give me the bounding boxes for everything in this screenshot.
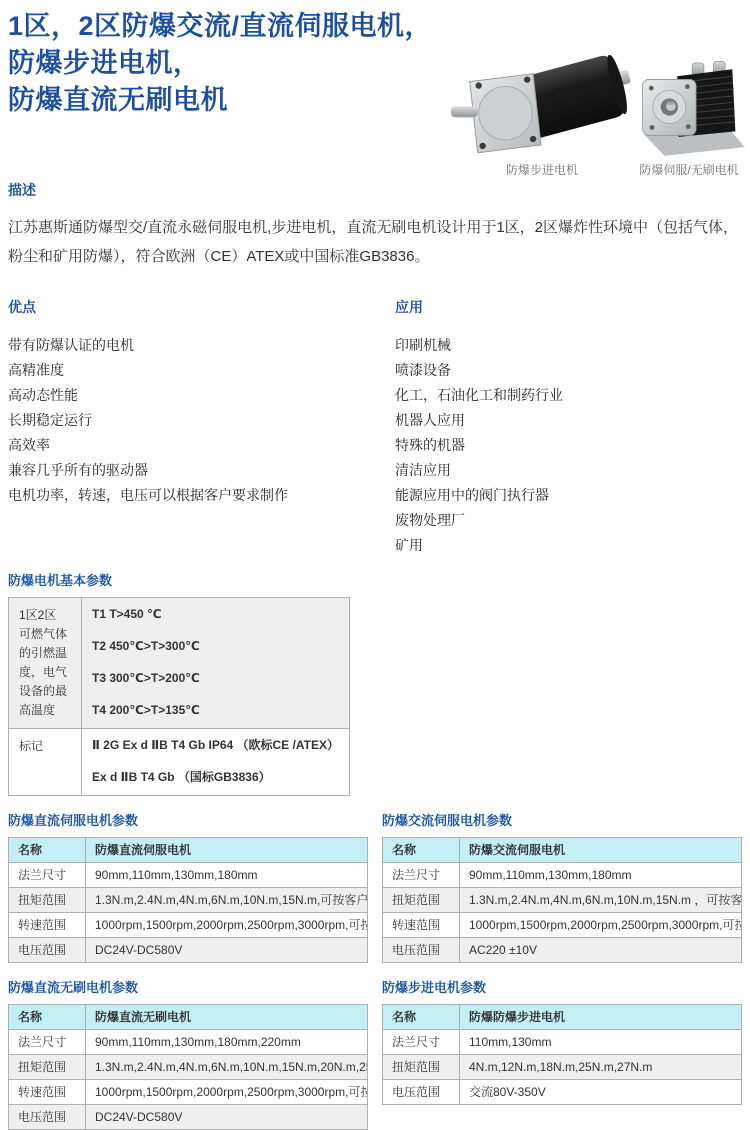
- basic-params-caption: 防爆电机基本参数: [8, 570, 742, 589]
- row-label: 转速范围: [9, 913, 86, 938]
- row-label: 法兰尺寸: [383, 863, 460, 888]
- advantage-item: 带有防爆认证的电机: [8, 333, 395, 358]
- page-header: 1区，2区防爆交流/直流伺服电机， 防爆步进电机， 防爆直流无刷电机: [0, 0, 750, 172]
- row-value: 90mm,110mm,130mm,180mm: [86, 863, 368, 888]
- row-value: 1000rpm,1500rpm,2000rpm,2500rpm,3000rpm,…: [460, 913, 742, 938]
- row-label: 法兰尺寸: [383, 1030, 460, 1055]
- applications-column: 应用 印刷机械 喷漆设备 化工，石油化工和制药行业 机器人应用 特殊的机器 清洁…: [395, 297, 742, 558]
- description-heading: 描述: [8, 180, 742, 200]
- product-page: 1区，2区防爆交流/直流伺服电机， 防爆步进电机， 防爆直流无刷电机: [0, 0, 750, 1130]
- row-label: 名称: [383, 838, 460, 863]
- row-label: 法兰尺寸: [9, 1030, 86, 1055]
- row-label: 转速范围: [383, 913, 460, 938]
- row-value: 1000rpm,1500rpm,2000rpm,2500rpm,3000rpm,…: [86, 1080, 368, 1105]
- row-value: DC24V-DC580V: [86, 1105, 368, 1130]
- table-row: 1区2区 可燃气体 的引燃温 度，电气 设备的最 高温度 T1 T>450 ℃ …: [9, 598, 350, 729]
- stepper-params-section: 防爆步进电机参数 名称 防爆防爆步进电机 法兰尺寸 110mm,130mm 扭矩…: [382, 977, 742, 1130]
- row-label: 法兰尺寸: [9, 863, 86, 888]
- ac-servo-params-section: 防爆交流伺服电机参数 名称 防爆交流伺服电机 法兰尺寸 90mm,110mm,1…: [382, 810, 742, 963]
- row-value: 防爆直流伺服电机: [86, 838, 368, 863]
- table-row: 扭矩范围 1.3N.m,2.4N.m,4N.m,6N.m,10N.m,15N.m…: [383, 888, 742, 913]
- table-row: 扭矩范围 1.3N.m,2.4N.m,4N.m,6N.m,10N.m,15N.m…: [9, 1055, 368, 1080]
- ac-servo-params-table: 名称 防爆交流伺服电机 法兰尺寸 90mm,110mm,130mm,180mm …: [382, 837, 742, 963]
- basic-params-section: 防爆电机基本参数 1区2区 可燃气体 的引燃温 度，电气 设备的最 高温度 T1…: [0, 570, 750, 796]
- temp-class-value: T1 T>450 ℃: [92, 606, 339, 622]
- dc-brushless-params-caption: 防爆直流无刷电机参数: [8, 977, 368, 996]
- brushless-stepper-tables-row: 防爆直流无刷电机参数 名称 防爆直流无刷电机 法兰尺寸 90mm,110mm,1…: [0, 977, 750, 1130]
- table-row: 法兰尺寸 90mm,110mm,130mm,180mm: [9, 863, 368, 888]
- row-value: 1.3N.m,2.4N.m,4N.m,6N.m,10N.m,15N.m,20N.…: [86, 1055, 368, 1080]
- row-label: 扭矩范围: [383, 888, 460, 913]
- marking-value: Ⅱ 2G Ex d ⅡB T4 Gb IP64 （欧标CE /ATEX）: [92, 737, 339, 753]
- basic-params-table: 1区2区 可燃气体 的引燃温 度，电气 设备的最 高温度 T1 T>450 ℃ …: [8, 597, 350, 796]
- servo-motor-figure: 防爆伺服/无刷电机: [630, 59, 748, 177]
- servo-motor-caption: 防爆伺服/无刷电机: [630, 161, 748, 178]
- servo-motor-image: [630, 59, 748, 157]
- servo-tables-row: 防爆直流伺服电机参数 名称 防爆直流伺服电机 法兰尺寸 90mm,110mm,1…: [0, 810, 750, 963]
- row-value: 90mm,110mm,130mm,180mm,220mm: [86, 1030, 368, 1055]
- application-item: 印刷机械: [395, 333, 742, 358]
- table-row: 转速范围 1000rpm,1500rpm,2000rpm,2500rpm,300…: [383, 913, 742, 938]
- table-row: 电压范围 DC24V-DC580V: [9, 938, 368, 963]
- temp-class-value: T3 300℃>T>200℃: [92, 670, 339, 686]
- application-item: 特殊的机器: [395, 433, 742, 458]
- row-value: 4N.m,12N.m,18N.m,25N.m,27N.m: [460, 1055, 742, 1080]
- application-item: 能源应用中的阀门执行器: [395, 483, 742, 508]
- temp-class-value: T4 200℃>T>135℃: [92, 702, 339, 718]
- row-label: 电压范围: [9, 938, 86, 963]
- row-value: 防爆交流伺服电机: [460, 838, 742, 863]
- table-row: 法兰尺寸 90mm,110mm,130mm,180mm: [383, 863, 742, 888]
- row-label: 1区2区 可燃气体 的引燃温 度，电气 设备的最 高温度: [9, 598, 82, 729]
- application-item: 化工，石油化工和制药行业: [395, 383, 742, 408]
- product-images: 防爆步进电机: [448, 44, 748, 178]
- advantage-item: 长期稳定运行: [8, 408, 395, 433]
- table-row: 转速范围 1000rpm,1500rpm,2000rpm,2500rpm,300…: [9, 913, 368, 938]
- row-value: DC24V-DC580V: [86, 938, 368, 963]
- marking-value: Ex d ⅡB T4 Gb （国标GB3836）: [92, 769, 339, 785]
- description-section: 描述 江苏惠斯通防爆型交/直流永磁伺服电机,步进电机，直流无刷电机设计用于1区，…: [0, 180, 750, 271]
- dc-brushless-params-table: 名称 防爆直流无刷电机 法兰尺寸 90mm,110mm,130mm,180mm,…: [8, 1004, 368, 1130]
- row-value: 90mm,110mm,130mm,180mm: [460, 863, 742, 888]
- row-value: 1.3N.m,2.4N.m,4N.m,6N.m,10N.m,15N.m,可按客户…: [86, 888, 368, 913]
- table-row: 扭矩范围 1.3N.m,2.4N.m,4N.m,6N.m,10N.m,15N.m…: [9, 888, 368, 913]
- advantage-item: 高效率: [8, 433, 395, 458]
- features-section: 优点 带有防爆认证的电机 高精准度 高动态性能 长期稳定运行 高效率 兼容几乎所…: [0, 297, 750, 558]
- row-value: 防爆直流无刷电机: [86, 1005, 368, 1030]
- table-row: 电压范围 交流80V-350V: [383, 1080, 742, 1105]
- row-value: 1.3N.m,2.4N.m,4N.m,6N.m,10N.m,15N.m ，可按客…: [460, 888, 742, 913]
- applications-list: 印刷机械 喷漆设备 化工，石油化工和制药行业 机器人应用 特殊的机器 清洁应用 …: [395, 333, 742, 558]
- table-row: 标记 Ⅱ 2G Ex d ⅡB T4 Gb IP64 （欧标CE /ATEX） …: [9, 729, 350, 796]
- dc-servo-params-caption: 防爆直流伺服电机参数: [8, 810, 368, 829]
- row-label: 标记: [9, 729, 82, 796]
- stepper-motor-caption: 防爆步进电机: [448, 161, 636, 178]
- description-text: 江苏惠斯通防爆型交/直流永磁伺服电机,步进电机，直流无刷电机设计用于1区，2区爆…: [8, 213, 742, 271]
- stepper-motor-figure: 防爆步进电机: [448, 44, 636, 178]
- row-value: Ⅱ 2G Ex d ⅡB T4 Gb IP64 （欧标CE /ATEX） Ex …: [82, 729, 350, 796]
- table-row: 电压范围 DC24V-DC580V: [9, 1105, 368, 1130]
- row-label: 转速范围: [9, 1080, 86, 1105]
- table-row: 法兰尺寸 110mm,130mm: [383, 1030, 742, 1055]
- advantage-item: 高精准度: [8, 358, 395, 383]
- row-label: 扭矩范围: [9, 888, 86, 913]
- row-value: AC220 ±10V: [460, 938, 742, 963]
- ac-servo-params-caption: 防爆交流伺服电机参数: [382, 810, 742, 829]
- dc-servo-params-section: 防爆直流伺服电机参数 名称 防爆直流伺服电机 法兰尺寸 90mm,110mm,1…: [8, 810, 368, 963]
- table-row: 转速范围 1000rpm,1500rpm,2000rpm,2500rpm,300…: [9, 1080, 368, 1105]
- row-label: 扭矩范围: [9, 1055, 86, 1080]
- application-item: 矿用: [395, 533, 742, 558]
- advantage-item: 兼容几乎所有的驱动器: [8, 458, 395, 483]
- advantage-item: 电机功率，转速，电压可以根据客户要求制作: [8, 483, 395, 508]
- row-value: T1 T>450 ℃ T2 450℃>T>300℃ T3 300℃>T>200℃…: [82, 598, 350, 729]
- advantages-column: 优点 带有防爆认证的电机 高精准度 高动态性能 长期稳定运行 高效率 兼容几乎所…: [8, 297, 395, 558]
- application-item: 废物处理厂: [395, 508, 742, 533]
- stepper-motor-image: [448, 44, 636, 158]
- application-item: 清洁应用: [395, 458, 742, 483]
- row-label: 电压范围: [383, 938, 460, 963]
- row-label: 电压范围: [9, 1105, 86, 1130]
- row-label: 名称: [383, 1005, 460, 1030]
- advantages-heading: 优点: [8, 297, 395, 317]
- table-row: 名称 防爆防爆步进电机: [383, 1005, 742, 1030]
- row-value: 交流80V-350V: [460, 1080, 742, 1105]
- advantage-item: 高动态性能: [8, 383, 395, 408]
- application-item: 喷漆设备: [395, 358, 742, 383]
- row-value: 110mm,130mm: [460, 1030, 742, 1055]
- applications-heading: 应用: [395, 297, 742, 317]
- table-row: 扭矩范围 4N.m,12N.m,18N.m,25N.m,27N.m: [383, 1055, 742, 1080]
- row-label: 名称: [9, 1005, 86, 1030]
- advantages-list: 带有防爆认证的电机 高精准度 高动态性能 长期稳定运行 高效率 兼容几乎所有的驱…: [8, 333, 395, 508]
- row-label: 名称: [9, 838, 86, 863]
- table-row: 名称 防爆交流伺服电机: [383, 838, 742, 863]
- dc-servo-params-table: 名称 防爆直流伺服电机 法兰尺寸 90mm,110mm,130mm,180mm …: [8, 837, 368, 963]
- stepper-params-table: 名称 防爆防爆步进电机 法兰尺寸 110mm,130mm 扭矩范围 4N.m,1…: [382, 1004, 742, 1105]
- stepper-params-caption: 防爆步进电机参数: [382, 977, 742, 996]
- temp-class-value: T2 450℃>T>300℃: [92, 638, 339, 654]
- table-row: 电压范围 AC220 ±10V: [383, 938, 742, 963]
- dc-brushless-params-section: 防爆直流无刷电机参数 名称 防爆直流无刷电机 法兰尺寸 90mm,110mm,1…: [8, 977, 368, 1130]
- table-row: 名称 防爆直流伺服电机: [9, 838, 368, 863]
- table-row: 法兰尺寸 90mm,110mm,130mm,180mm,220mm: [9, 1030, 368, 1055]
- application-item: 机器人应用: [395, 408, 742, 433]
- row-value: 防爆防爆步进电机: [460, 1005, 742, 1030]
- row-value: 1000rpm,1500rpm,2000rpm,2500rpm,3000rpm,…: [86, 913, 368, 938]
- page-title: 1区，2区防爆交流/直流伺服电机， 防爆步进电机， 防爆直流无刷电机: [8, 8, 458, 119]
- row-label: 扭矩范围: [383, 1055, 460, 1080]
- row-label: 电压范围: [383, 1080, 460, 1105]
- table-row: 名称 防爆直流无刷电机: [9, 1005, 368, 1030]
